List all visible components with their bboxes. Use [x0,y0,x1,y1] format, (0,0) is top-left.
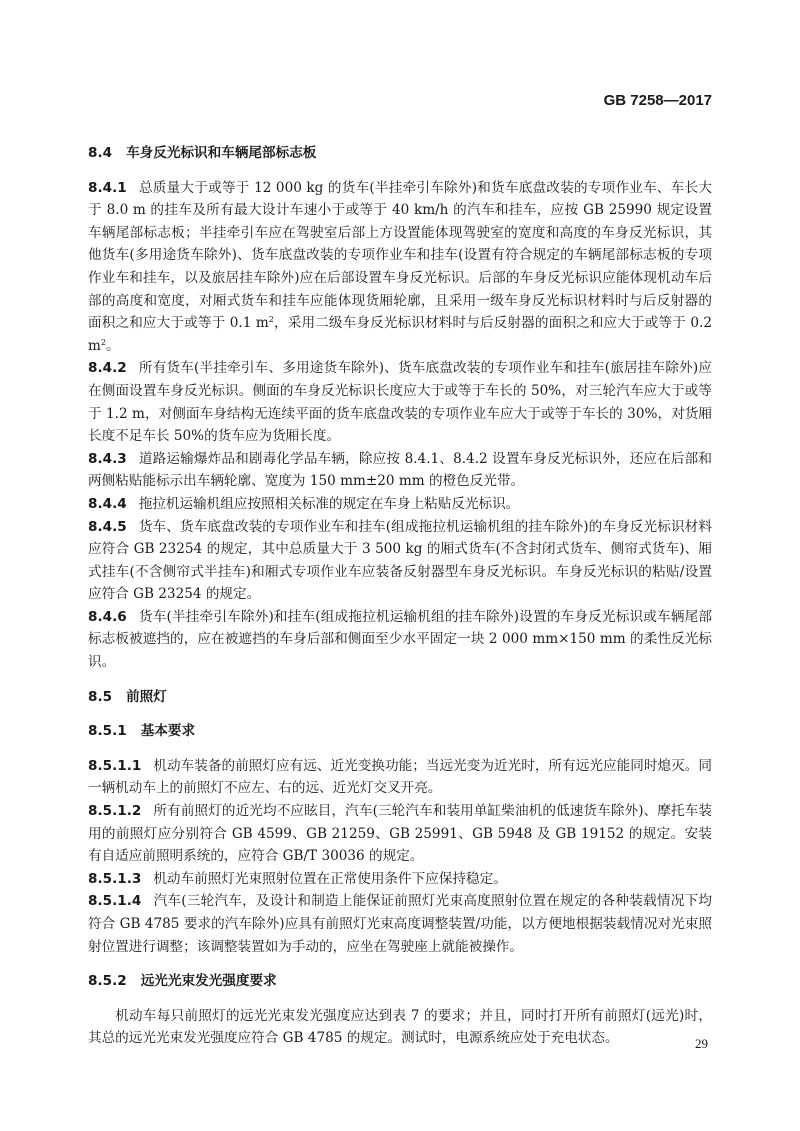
subsection-title: 基本要求 [141,723,195,739]
page-number: 29 [695,1036,708,1052]
clause-text: 。 [106,338,120,354]
section-heading-8-4: 8.4车身反光标识和车辆尾部标志板 [88,142,712,165]
subsection-number: 8.5.2 [88,970,127,993]
section-title: 前照灯 [126,689,167,705]
clause-number: 8.4.3 [88,451,127,467]
clause-8-4-6: 8.4.6货车(半挂牵引车除外)和挂车(组成拖拉机运输机组的挂车除外)设置的车身… [88,606,712,674]
clause-number: 8.4.2 [88,360,127,376]
clause-text: 机动车装备的前照灯应有远、近光变换功能；当远光变为近光时，所有远光应能同时熄灭。… [88,758,712,797]
clause-number: 8.4.6 [88,609,127,625]
subsection-heading-8-5-1: 8.5.1基本要求 [88,720,712,743]
clause-number: 8.5.1.3 [88,871,141,887]
clause-text: 拖拉机运输机组应按照相关标准的规定在车身上粘贴反光标识。 [139,496,520,512]
clause-text: 道路运输爆炸品和剧毒化学品车辆，除应按 8.4.1、8.4.2 设置车身反光标识… [88,451,712,490]
clause-text: 机动车前照灯光束照射位置在正常使用条件下应保持稳定。 [153,871,506,887]
clause-8-4-5: 8.4.5货车、货车底盘改装的专项作业车和挂车(组成拖拉机运输机组的挂车除外)的… [88,516,712,606]
section-heading-8-5: 8.5前照灯 [88,686,712,709]
subsection-number: 8.5.1 [88,720,127,743]
clause-8-4-1: 8.4.1总质量大于或等于 12 000 kg 的货车(半挂牵引车除外)和货车底… [88,177,712,358]
clause-number: 8.4.4 [88,496,127,512]
clause-8-5-1-3: 8.5.1.3机动车前照灯光束照射位置在正常使用条件下应保持稳定。 [88,868,712,891]
clause-8-5-1-1: 8.5.1.1机动车装备的前照灯应有远、近光变换功能；当远光变为近光时，所有远光… [88,755,712,800]
clause-text: 总质量大于或等于 12 000 kg 的货车(半挂牵引车除外)和货车底盘改装的专… [88,180,712,332]
standard-id-header: GB 7258—2017 [604,92,712,109]
clause-text: 汽车(三轮汽车，及设计和制造上能保证前照灯光束高度照射位置在规定的各种装载情况下… [88,893,712,954]
clause-text: 货车、货车底盘改装的专项作业车和挂车(组成拖拉机运输机组的挂车除外)的车身反光标… [88,519,712,603]
clause-number: 8.5.1.1 [88,758,141,774]
paragraph-8-5-2: 机动车每只前照灯的远光光束发光强度应达到表 7 的要求；并且，同时打开所有前照灯… [88,1005,712,1050]
clause-number: 8.5.1.4 [88,893,141,909]
clause-8-4-2: 8.4.2所有货车(半挂牵引车、多用途货车除外)、货车底盘改装的专项作业车和挂车… [88,357,712,447]
clause-text: 所有货车(半挂牵引车、多用途货车除外)、货车底盘改装的专项作业车和挂车(旅居挂车… [88,360,712,444]
clause-number: 8.4.5 [88,519,127,535]
clause-text: 货车(半挂牵引车除外)和挂车(组成拖拉机运输机组的挂车除外)设置的车身反光标识或… [88,609,712,670]
section-title: 车身反光标识和车辆尾部标志板 [126,145,316,161]
document-body: 8.4车身反光标识和车辆尾部标志板 8.4.1总质量大于或等于 12 000 k… [88,142,712,1050]
clause-number: 8.4.1 [88,180,127,196]
clause-number: 8.5.1.2 [88,803,141,819]
clause-8-4-3: 8.4.3道路运输爆炸品和剧毒化学品车辆，除应按 8.4.1、8.4.2 设置车… [88,448,712,493]
subsection-title: 远光光束发光强度要求 [141,973,277,989]
clause-8-4-4: 8.4.4拖拉机运输机组应按照相关标准的规定在车身上粘贴反光标识。 [88,493,712,516]
section-number: 8.5 [88,686,112,709]
section-number: 8.4 [88,142,112,165]
clause-text: 所有前照灯的近光均不应眩目，汽车(三轮汽车和装用单缸柴油机的低速货车除外)、摩托… [88,803,712,864]
subsection-heading-8-5-2: 8.5.2远光光束发光强度要求 [88,970,712,993]
clause-8-5-1-4: 8.5.1.4汽车(三轮汽车，及设计和制造上能保证前照灯光束高度照射位置在规定的… [88,890,712,958]
clause-8-5-1-2: 8.5.1.2所有前照灯的近光均不应眩目，汽车(三轮汽车和装用单缸柴油机的低速货… [88,800,712,868]
